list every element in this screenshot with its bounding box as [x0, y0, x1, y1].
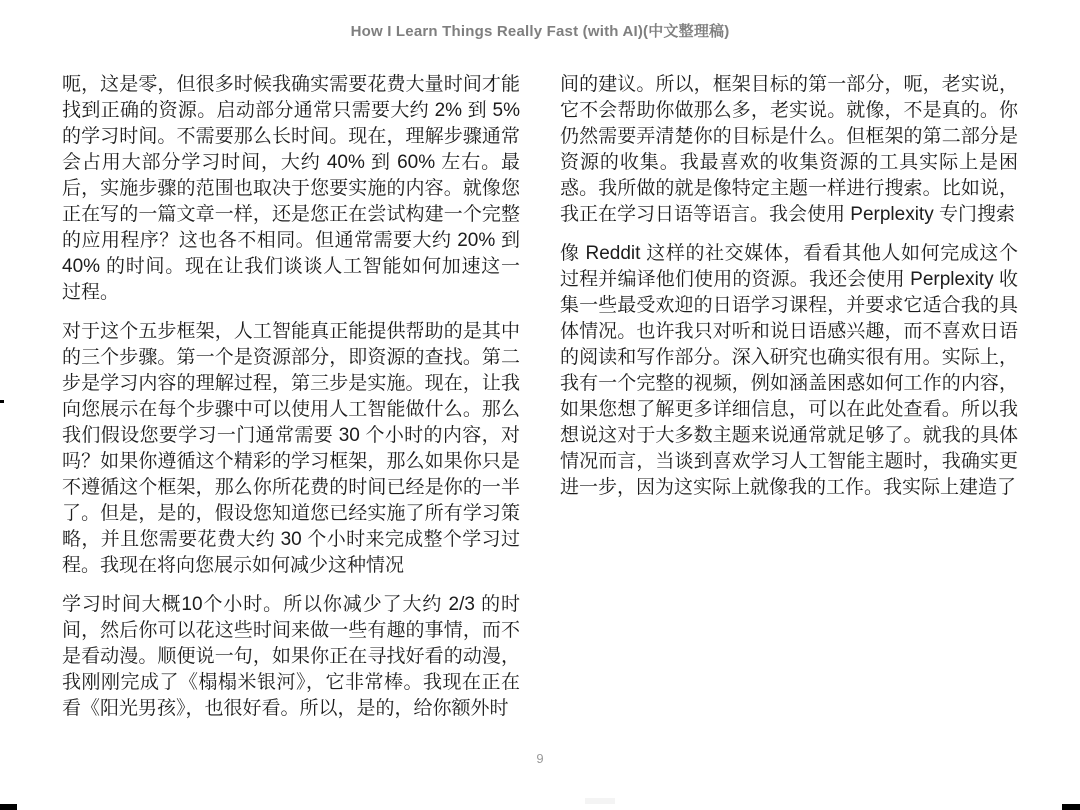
text-line: 对于这个五步框架，人工智能真正能提供帮助的是其中	[62, 319, 520, 345]
text-line: 体情况。也许我只对听和说日语感兴趣，而不喜欢日语	[560, 319, 1018, 345]
text-line: 间的建议。所以，框架目标的第一部分，呃，老实说，	[560, 72, 1018, 98]
text-line: 会占用大部分学习时间，大约 40% 到 60% 左右。最	[62, 150, 520, 176]
text-line: 了。但是，是的，假设您知道您已经实施了所有学习策	[62, 501, 520, 527]
text-line: 的三个步骤。第一个是资源部分，即资源的查找。第二	[62, 345, 520, 371]
text-line: 我们假设您要学习一门通常需要 30 个小时的内容，对	[62, 423, 520, 449]
text-line: 步是学习内容的理解过程，第三步是实施。现在，让我	[62, 371, 520, 397]
text-line: 后，实施步骤的范围也取决于您要实施的内容。就像您	[62, 176, 520, 202]
text-line: 呃，这是零，但很多时候我确实需要花费大量时间才能	[62, 72, 520, 98]
faint-smudge-artifact	[585, 798, 615, 804]
text-line: 学习时间大概10个小时。所以你减少了大约 2/3 的时	[62, 592, 520, 618]
text-line: 略，并且您需要花费大约 30 个小时来完成整个学习过	[62, 527, 520, 553]
text-line: 正在写的一篇文章一样，还是您正在尝试构建一个完整	[62, 202, 520, 228]
page-number: 9	[0, 751, 1080, 766]
text-line: 我有一个完整的视频，例如涵盖困惑如何工作的内容，	[560, 371, 1018, 397]
text-line: 程。我现在将向您展示如何减少这种情况	[62, 553, 520, 579]
letterbox-artifact-bottom-right	[1062, 804, 1080, 810]
text-line: 仍然需要弄清楚你的目标是什么。但框架的第二部分是	[560, 124, 1018, 150]
text-line: 看《阳光男孩》，也很好看。所以，是的，给你额外时	[62, 696, 520, 722]
paragraph: 学习时间大概10个小时。所以你减少了大约 2/3 的时间，然后你可以花这些时间来…	[62, 592, 520, 722]
text-line: 资源的收集。我最喜欢的收集资源的工具实际上是困	[560, 150, 1018, 176]
document-page: How I Learn Things Really Fast (with AI)…	[0, 0, 1080, 810]
text-line: 惑。我所做的就是像特定主题一样进行搜索。比如说，	[560, 176, 1018, 202]
text-line: 的阅读和写作部分。深入研究也确实很有用。实际上，	[560, 345, 1018, 371]
text-line: 像 Reddit 这样的社交媒体，看看其他人如何完成这个	[560, 241, 1018, 267]
left-column: 呃，这是零，但很多时候我确实需要花费大量时间才能找到正确的资源。启动部分通常只需…	[62, 72, 520, 735]
text-line: 进一步，因为这实际上就像我的工作。我实际上建造了	[560, 475, 1018, 501]
paragraph: 呃，这是零，但很多时候我确实需要花费大量时间才能找到正确的资源。启动部分通常只需…	[62, 72, 520, 306]
text-line: 它不会帮助你做那么多，老实说。就像，不是真的。你	[560, 98, 1018, 124]
paragraph: 对于这个五步框架，人工智能真正能提供帮助的是其中的三个步骤。第一个是资源部分，即…	[62, 319, 520, 579]
text-line: 找到正确的资源。启动部分通常只需要大约 2% 到 5%	[62, 98, 520, 124]
text-line: 吗？如果你遵循这个精彩的学习框架，那么如果你只是	[62, 449, 520, 475]
text-line: 我刚刚完成了《榻榻米银河》，它非常棒。我现在正在	[62, 670, 520, 696]
text-line: 过程并编译他们使用的资源。我还会使用 Perplexity 收	[560, 267, 1018, 293]
text-line: 我正在学习日语等语言。我会使用 Perplexity 专门搜索	[560, 202, 1018, 228]
paragraph: 像 Reddit 这样的社交媒体，看看其他人如何完成这个过程并编译他们使用的资源…	[560, 241, 1018, 501]
letterbox-artifact-bottom-left	[0, 804, 17, 810]
paragraph: 间的建议。所以，框架目标的第一部分，呃，老实说，它不会帮助你做那么多，老实说。就…	[560, 72, 1018, 228]
right-column: 间的建议。所以，框架目标的第一部分，呃，老实说，它不会帮助你做那么多，老实说。就…	[560, 72, 1018, 514]
text-line: 如果您想了解更多详细信息，可以在此处查看。所以我	[560, 397, 1018, 423]
text-line: 40% 的时间。现在让我们谈谈人工智能如何加速这一	[62, 254, 520, 280]
text-line: 间，然后你可以花这些时间来做一些有趣的事情，而不	[62, 618, 520, 644]
page-title: How I Learn Things Really Fast (with AI)…	[0, 20, 1080, 41]
text-line: 不遵循这个框架，那么你所花费的时间已经是你的一半	[62, 475, 520, 501]
text-line: 向您展示在每个步骤中可以使用人工智能做什么。那么	[62, 397, 520, 423]
letterbox-artifact-left-edge	[0, 400, 4, 403]
text-line: 是看动漫。顺便说一句，如果你正在寻找好看的动漫，	[62, 644, 520, 670]
text-line: 集一些最受欢迎的日语学习课程，并要求它适合我的具	[560, 293, 1018, 319]
text-line: 的应用程序？这也各不相同。但通常需要大约 20% 到	[62, 228, 520, 254]
text-line: 想说这对于大多数主题来说通常就足够了。就我的具体	[560, 423, 1018, 449]
text-line: 情况而言，当谈到喜欢学习人工智能主题时，我确实更	[560, 449, 1018, 475]
text-line: 过程。	[62, 280, 520, 306]
text-line: 的学习时间。不需要那么长时间。现在，理解步骤通常	[62, 124, 520, 150]
